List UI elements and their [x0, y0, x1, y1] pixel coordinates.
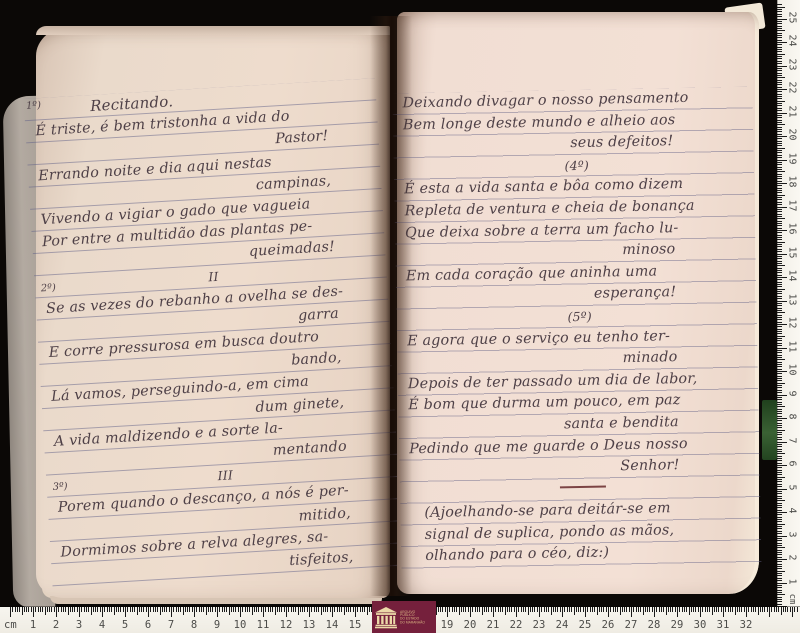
ruler-tick: [355, 607, 356, 617]
ruler-tick: [777, 571, 785, 572]
ruler-tick: [442, 607, 443, 612]
ruler-tick: [777, 164, 782, 165]
ruler-tick: [777, 430, 785, 431]
ruler-number: 20: [787, 127, 798, 143]
ruler-tick: [68, 607, 69, 615]
ruler-tick: [790, 607, 791, 612]
ruler-tick: [54, 607, 55, 612]
ruler-tick: [777, 268, 782, 269]
ruler-tick: [777, 145, 782, 146]
ruler-tick: [28, 607, 29, 612]
manuscript-line-text: Bem longe deste mundo e alheio aos: [403, 112, 676, 133]
ruler-tick: [777, 538, 782, 539]
ruler-tick: [777, 279, 782, 280]
ruler-tick: [51, 607, 52, 612]
ruler-number: 10: [787, 362, 798, 378]
ruler-tick: [109, 607, 110, 612]
ruler-tick: [162, 607, 163, 612]
ruler-tick: [777, 77, 785, 78]
ruler-tick: [286, 607, 287, 617]
ruler-tick: [652, 607, 653, 612]
ruler-tick: [777, 345, 782, 346]
ruler-tick: [777, 117, 782, 118]
ruler-tick: [120, 607, 121, 612]
ruler-tick: [781, 607, 782, 615]
ruler-tick: [760, 607, 761, 612]
ruler-tick: [40, 607, 41, 612]
ruler-tick: [275, 607, 276, 615]
ruler-tick: [684, 607, 685, 612]
ruler-tick: [670, 607, 671, 612]
ruler-tick: [777, 355, 782, 356]
vertical-ruler: cm 1234567891011121314151617181920212223…: [777, 0, 800, 607]
ruler-tick: [265, 607, 266, 612]
ruler-tick: [783, 607, 784, 612]
ruler-number: 21: [487, 619, 500, 631]
ruler-tick: [580, 607, 581, 612]
ruler-tick: [601, 607, 602, 612]
ruler-tick: [626, 607, 627, 612]
ruler-tick: [777, 185, 782, 186]
ruler-tick: [224, 607, 225, 612]
ruler-tick: [777, 58, 782, 59]
ruler-tick: [777, 91, 782, 92]
ruler-number: 21: [787, 103, 798, 119]
ruler-tick: [176, 607, 177, 612]
ruler-tick: [728, 607, 729, 612]
ruler-tick: [477, 607, 478, 612]
ruler-tick: [334, 607, 335, 612]
ruler-number: 8: [787, 409, 798, 425]
ruler-tick: [777, 597, 782, 598]
ruler-tick: [189, 607, 190, 612]
ruler-tick: [777, 357, 782, 358]
ruler-tick: [58, 607, 59, 612]
ruler-tick: [362, 607, 363, 612]
ruler-tick: [240, 607, 241, 617]
left-page: Recitando.1º)É triste, é bem tristonha a…: [36, 26, 390, 598]
ruler-tick: [100, 607, 101, 612]
ruler-tick: [293, 607, 294, 612]
archive-stamp: ARQUIVOPÚBLICODO ESTADODO MARANHÃO: [372, 601, 436, 633]
ruler-tick: [777, 115, 782, 116]
ruler-tick: [777, 568, 782, 569]
ruler-tick: [709, 607, 710, 612]
ruler-tick: [777, 263, 782, 264]
ruler-tick: [777, 127, 782, 128]
ruler-tick: [323, 607, 324, 612]
manuscript-line-text: É esta a vida santa e bôa como dizem: [404, 176, 683, 197]
ruler-tick: [778, 607, 779, 612]
ruler-tick: [777, 592, 782, 593]
ruler-tick: [777, 239, 782, 240]
ruler-tick: [777, 463, 782, 464]
ruler-tick: [777, 298, 782, 299]
ruler-tick: [157, 607, 158, 612]
ruler-tick: [777, 141, 782, 142]
ruler-tick: [74, 607, 75, 612]
ruler-tick: [597, 607, 598, 615]
ruler-tick: [777, 73, 782, 74]
ruler-tick: [77, 607, 78, 612]
ruler-tick: [777, 188, 782, 189]
ruler-number: 27: [625, 619, 638, 631]
ruler-tick: [777, 557, 782, 558]
ruler-tick: [84, 607, 85, 612]
ruler-tick: [777, 387, 782, 388]
ruler-number: 7: [787, 432, 798, 448]
ruler-tick: [511, 607, 512, 612]
ruler-tick: [777, 35, 782, 36]
ruler-tick: [777, 521, 782, 522]
ruler-tick: [150, 607, 151, 612]
ruler-tick: [654, 607, 655, 617]
ruler-tick: [557, 607, 558, 612]
ruler-tick: [454, 607, 455, 612]
ruler-tick: [507, 607, 508, 612]
ruler-tick: [777, 554, 782, 555]
ruler-tick: [777, 423, 782, 424]
ruler-tick: [160, 607, 161, 615]
ruler-tick: [268, 607, 269, 612]
ruler-tick: [553, 607, 554, 612]
ruler-tick: [777, 545, 782, 546]
ruler-tick: [491, 607, 492, 612]
manuscript-line-text: minado: [623, 349, 678, 366]
ruler-tick: [777, 120, 782, 121]
ruler-tick: [143, 607, 144, 612]
ruler-tick: [199, 607, 200, 612]
ruler-tick: [777, 197, 782, 198]
ruler-number: 14: [326, 619, 339, 631]
ruler-tick: [777, 580, 782, 581]
ruler-tick: [777, 82, 782, 83]
ruler-tick: [777, 383, 785, 384]
manuscript-line-text: queimadas!: [248, 239, 335, 260]
ruler-number: 12: [787, 315, 798, 331]
ruler-tick: [797, 607, 798, 612]
ruler-tick: [716, 607, 717, 612]
ruler-tick: [777, 75, 782, 76]
ruler-tick: [592, 607, 593, 612]
ruler-tick: [777, 397, 782, 398]
ruler-number: 24: [787, 33, 798, 49]
ruler-tick: [774, 607, 775, 612]
ruler-number: 11: [787, 338, 798, 354]
ruler-tick: [777, 9, 782, 10]
ruler-tick: [777, 84, 782, 85]
ruler-tick: [482, 607, 483, 615]
ruler-tick: [346, 607, 347, 612]
manuscript-line-text: Que deixa sobre a terra um facho lu-: [405, 220, 679, 241]
ruler-tick: [42, 607, 43, 612]
ruler-tick: [171, 607, 172, 617]
ruler-tick: [777, 446, 782, 447]
ruler-tick: [777, 192, 782, 193]
ruler-tick: [777, 113, 787, 114]
ruler-tick: [254, 607, 255, 612]
ruler-number: 13: [303, 619, 316, 631]
ruler-tick: [746, 607, 747, 617]
ruler-tick: [339, 607, 340, 612]
ruler-tick: [777, 392, 782, 393]
ruler-number: 28: [648, 619, 661, 631]
manuscript-line-text: Pastor!: [275, 128, 329, 147]
ruler-tick: [137, 607, 138, 615]
ruler-tick: [61, 607, 62, 612]
ruler-tick: [231, 607, 232, 612]
manuscript-photo: Recitando.1º)É triste, é bem tristonha a…: [0, 0, 800, 633]
ruler-tick: [777, 489, 787, 490]
ruler-tick: [777, 427, 782, 428]
ruler-tick: [777, 458, 782, 459]
ruler-number: 14: [787, 268, 798, 284]
ruler-tick: [544, 607, 545, 612]
ruler-tick: [314, 607, 315, 612]
ruler-tick: [17, 607, 18, 612]
ruler-number: 10: [234, 619, 247, 631]
ruler-tick: [35, 607, 36, 612]
ink-divider: [560, 485, 606, 488]
ruler-tick: [777, 101, 785, 102]
ruler-tick: [777, 601, 782, 602]
ruler-tick: [169, 607, 170, 612]
ruler-tick: [777, 491, 782, 492]
ruler-tick: [777, 411, 782, 412]
ruler-number: 17: [787, 197, 798, 213]
ruler-tick: [777, 404, 782, 405]
ruler-tick: [777, 296, 782, 297]
ruler-tick: [567, 607, 568, 612]
ruler-tick: [185, 607, 186, 612]
ruler-number: 19: [441, 619, 454, 631]
ruler-tick: [447, 607, 448, 617]
ruler-tick: [794, 607, 795, 612]
ruler-tick: [777, 21, 782, 22]
ruler-tick: [118, 607, 119, 612]
ruler-tick: [139, 607, 140, 612]
ruler-tick: [502, 607, 503, 612]
right-page-rows: Deixando divagar o nosso pensamentoBem l…: [402, 87, 757, 569]
ruler-tick: [777, 451, 782, 452]
ruler-tick: [777, 343, 782, 344]
ruler-tick: [344, 607, 345, 615]
ruler-tick: [777, 474, 782, 475]
ruler-tick: [304, 607, 305, 612]
ruler-tick: [777, 550, 782, 551]
ruler-tick: [493, 607, 494, 617]
ruler-tick: [252, 607, 253, 615]
ruler-number: 26: [602, 619, 615, 631]
ruler-tick: [777, 63, 782, 64]
ruler-number: 13: [787, 291, 798, 307]
ruler-tick: [656, 607, 657, 612]
ruler-tick: [777, 479, 782, 480]
ruler-number: 2: [787, 550, 798, 566]
ruler-tick: [777, 385, 782, 386]
ruler-tick: [459, 607, 460, 615]
ruler-tick: [608, 607, 609, 617]
ruler-tick: [587, 607, 588, 612]
ruler-tick: [663, 607, 664, 612]
ruler-tick: [208, 607, 209, 612]
ruler-tick: [777, 319, 782, 320]
ruler-tick: [449, 607, 450, 612]
ruler-tick: [777, 28, 782, 29]
ruler-tick: [777, 275, 782, 276]
ruler-tick: [777, 204, 782, 205]
ruler-tick: [178, 607, 179, 612]
ruler-tick: [777, 369, 782, 370]
ruler-tick: [155, 607, 156, 612]
ruler-number: 16: [787, 221, 798, 237]
ruler-tick: [631, 607, 632, 617]
ruler-number: 9: [787, 385, 798, 401]
ruler-tick: [330, 607, 331, 612]
ruler-tick: [777, 103, 782, 104]
ruler-tick: [146, 607, 147, 612]
ruler-tick: [647, 607, 648, 612]
ruler-tick: [777, 460, 782, 461]
ruler-tick: [514, 607, 515, 612]
ruler-tick: [777, 42, 787, 43]
manuscript-line-text: olhando para o céo, diz:): [425, 545, 609, 565]
ruler-tick: [369, 607, 370, 612]
ruler-tick: [777, 178, 782, 179]
ruler-number: 25: [579, 619, 592, 631]
ruler-tick: [141, 607, 142, 612]
ruler-tick: [725, 607, 726, 612]
ruler-tick: [777, 604, 782, 605]
right-page: Deixando divagar o nosso pensamentoBem l…: [397, 12, 759, 594]
ruler-tick: [675, 607, 676, 612]
ruler-unit-label: cm: [4, 619, 17, 631]
ruler-tick: [777, 122, 782, 123]
ruler-tick: [70, 607, 71, 612]
manuscript-line-text: signal de suplica, pondo as mãos,: [425, 522, 675, 543]
ruler-tick: [530, 607, 531, 612]
ruler-tick: [723, 607, 724, 617]
ruler-tick: [777, 531, 782, 532]
ruler-tick: [777, 500, 785, 501]
ruler-tick: [777, 235, 782, 236]
ruler-tick: [364, 607, 365, 612]
ruler-tick: [777, 143, 782, 144]
ruler-tick: [776, 607, 777, 612]
ruler-tick: [777, 223, 782, 224]
ruler-tick: [291, 607, 292, 612]
ruler-tick: [302, 607, 303, 612]
ruler-tick: [192, 607, 193, 612]
ruler-tick: [777, 575, 782, 576]
ruler-tick: [777, 371, 787, 372]
ruler-tick: [93, 607, 94, 612]
ruler-tick: [777, 566, 782, 567]
ruler-tick: [777, 559, 787, 560]
archive-stamp-text: ARQUIVOPÚBLICODO ESTADODO MARANHÃO: [400, 610, 425, 624]
ruler-tick: [777, 26, 782, 27]
ruler-tick: [777, 486, 782, 487]
ruler-tick: [777, 56, 782, 57]
ruler-tick: [194, 607, 195, 617]
ruler-tick: [777, 416, 782, 417]
ruler-tick: [777, 221, 782, 222]
manuscript-line-text: seus defeitos!: [570, 133, 673, 151]
ruler-tick: [777, 47, 782, 48]
ruler-tick: [79, 607, 80, 617]
ruler-tick: [741, 607, 742, 612]
ruler-tick: [551, 607, 552, 615]
ruler-tick: [456, 607, 457, 612]
ruler-tick: [787, 607, 788, 612]
ruler-number: 5: [122, 619, 128, 631]
ruler-tick: [777, 270, 782, 271]
ruler-tick: [777, 310, 782, 311]
ruler-tick: [764, 607, 765, 612]
ruler-tick: [479, 607, 480, 612]
ruler-tick: [777, 505, 782, 506]
ruler-tick: [777, 543, 782, 544]
ruler-tick: [445, 607, 446, 612]
manuscript-line-text: mitido,: [298, 505, 351, 524]
ruler-tick: [777, 425, 782, 426]
ruler-tick: [777, 498, 782, 499]
ruler-tick: [777, 218, 785, 219]
ruler-tick: [26, 607, 27, 612]
ruler-tick: [263, 607, 264, 617]
ruler-tick: [748, 607, 749, 612]
ruler-tick: [777, 434, 782, 435]
manuscript-line-text: campinas,: [255, 173, 331, 193]
ruler-tick: [777, 214, 782, 215]
ruler-tick: [777, 108, 782, 109]
green-background-object: [762, 400, 777, 460]
ruler-tick: [777, 171, 785, 172]
ruler-tick: [777, 517, 782, 518]
ruler-tick: [560, 607, 561, 612]
manuscript-line-text: santa e bendita: [564, 414, 679, 432]
ruler-tick: [777, 366, 782, 367]
ruler-tick: [732, 607, 733, 612]
ruler-tick: [277, 607, 278, 612]
ruler-number: 31: [717, 619, 730, 631]
ruler-tick: [571, 607, 572, 612]
ruler-tick: [777, 211, 782, 212]
ruler-tick: [777, 11, 782, 12]
classical-building-icon: [374, 606, 398, 629]
ruler-tick: [235, 607, 236, 612]
ruler-tick: [718, 607, 719, 612]
ruler-tick: [599, 607, 600, 612]
ruler-tick: [242, 607, 243, 612]
ruler-tick: [762, 607, 763, 612]
ruler-tick: [777, 594, 785, 595]
manuscript-line-text: esperança!: [594, 284, 677, 302]
ruler-tick: [12, 607, 13, 612]
ruler-tick: [104, 607, 105, 612]
ruler-tick: [284, 607, 285, 612]
ruler-tick: [516, 607, 517, 617]
manuscript-line-text: Depois de ter passado um dia de labor,: [408, 370, 698, 392]
ruler-tick: [677, 607, 678, 617]
ruler-number: 6: [787, 456, 798, 472]
ruler-tick: [721, 607, 722, 612]
ruler-tick: [196, 607, 197, 612]
ruler-tick: [307, 607, 308, 612]
ruler-tick: [777, 254, 787, 255]
ruler-tick: [686, 607, 687, 612]
ruler-tick: [777, 333, 782, 334]
